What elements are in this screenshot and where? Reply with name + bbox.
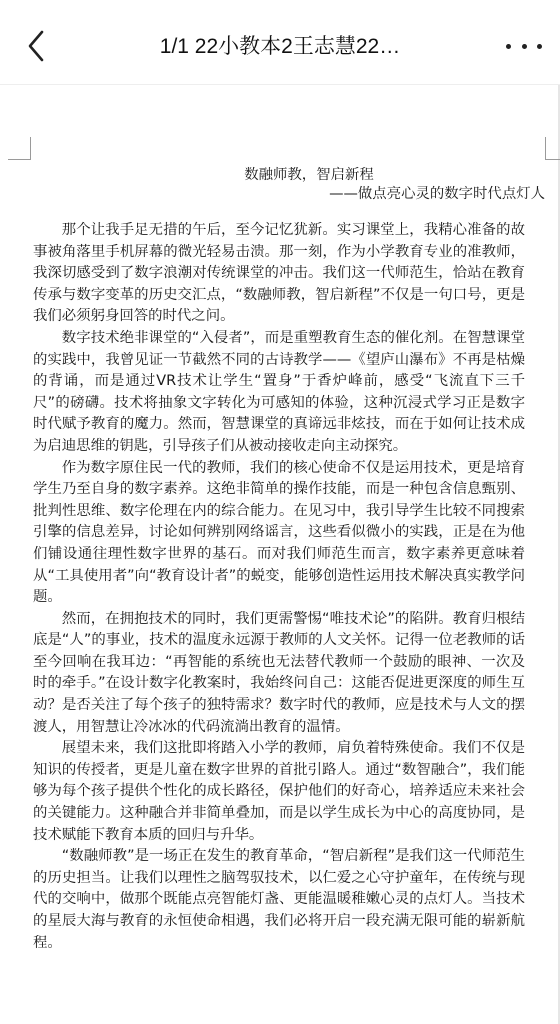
paragraph: 那个让我手足无措的午后，至今记忆犹新。实习课堂上，我精心准备的故事被角落里手机屏… [33, 220, 525, 328]
essay-body: 那个让我手足无措的午后，至今记忆犹新。实习课堂上，我精心准备的故事被角落里手机屏… [33, 220, 525, 954]
paragraph: “数融师教”是一场正在发生的教育革命，“智启新程”是我们这一代师范生的历史担当。… [33, 846, 525, 954]
top-navigation-bar: 1/1 22小教本2王志慧22… [0, 0, 560, 85]
paragraph: 作为数字原住民一代的教师，我们的核心使命不仅是运用技术，更是培育学生乃至自身的数… [33, 458, 525, 609]
chevron-left-icon [22, 28, 52, 64]
more-dot-icon [506, 44, 511, 49]
more-options-button[interactable] [506, 36, 542, 56]
crop-mark-top-left [8, 137, 31, 160]
paragraph: 展望未来，我们这批即将踏入小学的教师，肩负着特殊使命。我们不仅是知识的传授者，更… [33, 738, 525, 846]
paragraph: 数字技术绝非课堂的“入侵者”，而是重塑教育生态的催化剂。在智慧课堂的实践中，我曾… [33, 328, 525, 458]
back-button[interactable] [22, 28, 52, 64]
paragraph: 然而，在拥抱技术的同时，我们更需警惕“唯技术论”的陷阱。教育归根结底是“人”的事… [33, 609, 525, 739]
more-dot-icon [537, 44, 542, 49]
more-dot-icon [522, 44, 527, 49]
crop-mark-top-right [545, 137, 560, 160]
essay-subtitle: ——做点亮心灵的数字时代点灯人 [329, 182, 545, 203]
essay-title: 数融师教，智启新程 [0, 163, 560, 184]
document-title-bar: 1/1 22小教本2王志慧22… [100, 30, 460, 60]
